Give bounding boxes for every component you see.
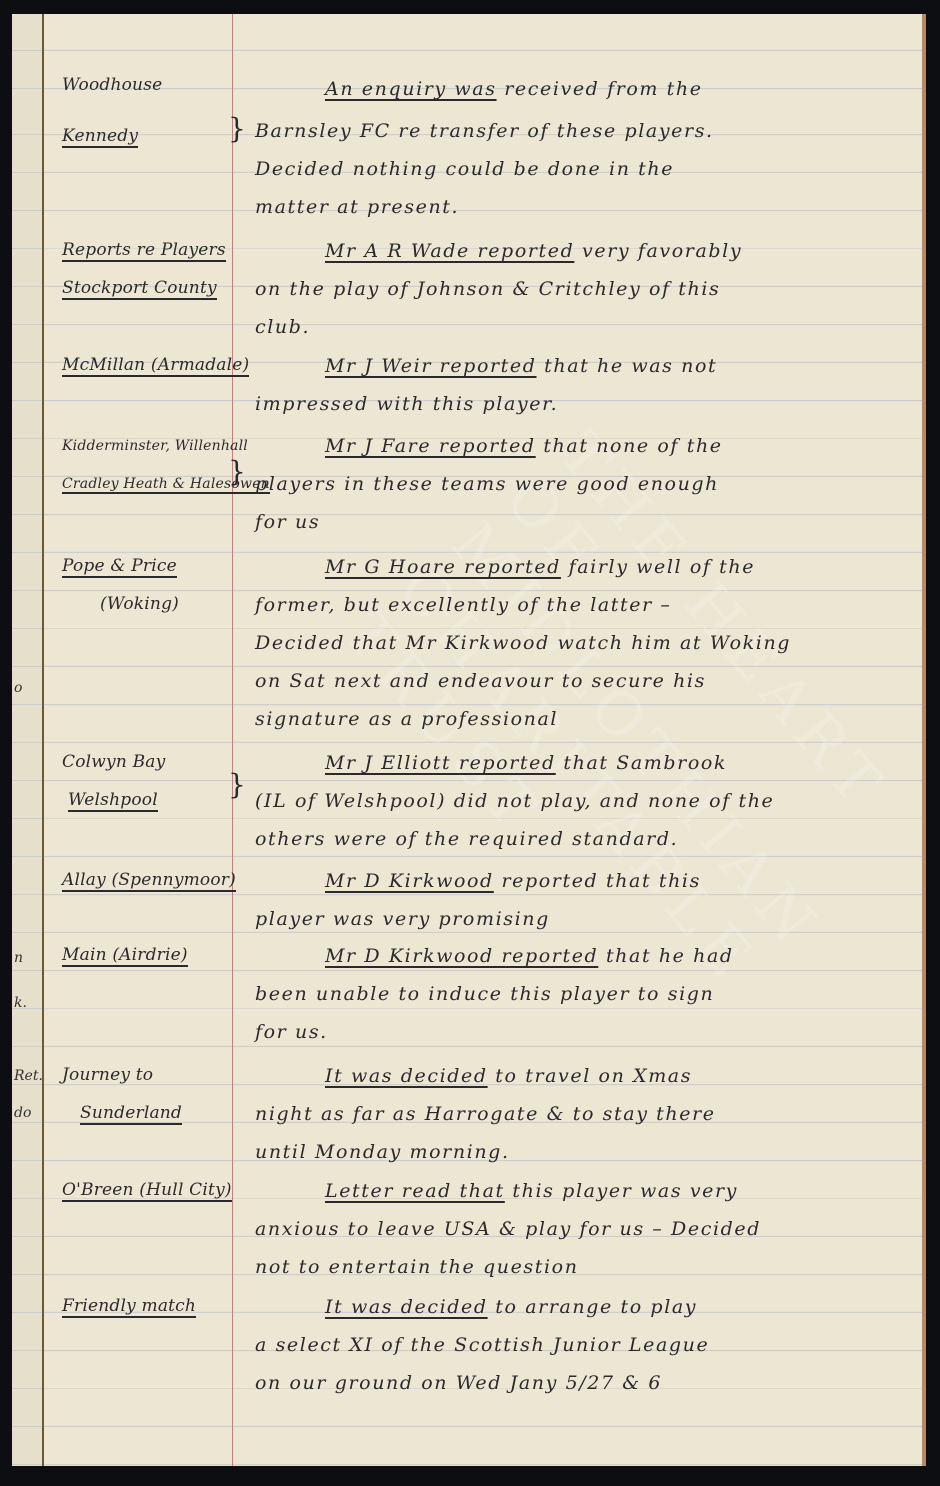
minute-line: matter at present.: [255, 196, 459, 218]
entry-heading: Kidderminster, Willenhall: [62, 438, 248, 454]
minute-line: former, but excellently of the latter –: [255, 594, 672, 616]
minute-line: It was decided to travel on Xmas: [325, 1065, 692, 1087]
minute-line: Decided nothing could be done in the: [255, 158, 674, 180]
strip-mark: k.: [14, 995, 27, 1011]
minute-line: player was very promising: [255, 908, 550, 930]
minute-line: been unable to induce this player to sig…: [255, 983, 714, 1005]
minute-line: anxious to leave USA & play for us – Dec…: [255, 1218, 761, 1240]
strip-mark: o: [14, 680, 22, 696]
minute-line: on the play of Johnson & Critchley of th…: [255, 278, 720, 300]
entry-heading: Sunderland: [80, 1103, 182, 1125]
minute-line: signature as a professional: [255, 708, 558, 730]
minute-line: (IL of Welshpool) did not play, and none…: [255, 790, 774, 812]
entry-heading: Welshpool: [68, 790, 158, 812]
minute-line: others were of the required standard.: [255, 828, 678, 850]
minute-line: Mr J Elliott reported that Sambrook: [325, 752, 727, 774]
minute-line: for us.: [255, 1021, 328, 1043]
minute-line: Mr D Kirkwood reported that he had: [325, 945, 734, 967]
entry-heading: Main (Airdrie): [62, 945, 188, 967]
minute-line: Decided that Mr Kirkwood watch him at Wo…: [255, 632, 791, 654]
minute-line: Mr J Fare reported that none of the: [325, 435, 723, 457]
minute-line: players in these teams were good enough: [255, 473, 719, 495]
entry-heading: Woodhouse: [62, 75, 162, 95]
entry-heading: Pope & Price: [62, 556, 177, 578]
brace-mark: }: [228, 112, 246, 145]
entry-heading: O'Breen (Hull City): [62, 1180, 232, 1202]
brace-mark: }: [228, 768, 246, 801]
entry-heading: McMillan (Armadale): [62, 355, 249, 377]
minute-line: Mr G Hoare reported fairly well of the: [325, 556, 755, 578]
entry-heading: Reports re Players: [62, 240, 226, 262]
minute-line: on our ground on Wed Jany 5/27 & 6: [255, 1372, 662, 1394]
minute-line: Barnsley FC re transfer of these players…: [255, 120, 714, 142]
minute-line: a select XI of the Scottish Junior Leagu…: [255, 1334, 709, 1356]
strip-mark: Ret.: [14, 1068, 43, 1084]
brace-mark: }: [228, 455, 246, 488]
red-margin-line: [232, 14, 233, 1466]
minute-line: Mr A R Wade reported very favorably: [325, 240, 742, 262]
minute-line: Mr J Weir reported that he was not: [325, 355, 717, 377]
strip-mark: n: [14, 950, 23, 966]
strip-mark: do: [14, 1105, 31, 1121]
minute-line: night as far as Harrogate & to stay ther…: [255, 1103, 716, 1125]
minute-line: An enquiry was received from the: [325, 78, 703, 100]
notebook-page: [12, 14, 925, 1466]
entry-heading: Friendly match: [62, 1296, 196, 1318]
facing-page-edge: [12, 14, 44, 1466]
minute-line: Mr D Kirkwood reported that this: [325, 870, 701, 892]
entry-heading: Stockport County: [62, 278, 217, 300]
minute-line: on Sat next and endeavour to secure his: [255, 670, 706, 692]
entry-heading: Journey to: [62, 1065, 153, 1085]
entry-heading: Kennedy: [62, 126, 138, 148]
minute-line: Letter read that this player was very: [325, 1180, 738, 1202]
entry-heading: (Woking): [100, 594, 179, 614]
minute-line: for us: [255, 511, 320, 533]
minute-line: club.: [255, 316, 310, 338]
entry-heading: Allay (Spennymoor): [62, 870, 236, 892]
minute-line: It was decided to arrange to play: [325, 1296, 697, 1318]
minute-line: not to entertain the question: [255, 1256, 579, 1278]
entry-heading: Colwyn Bay: [62, 752, 165, 772]
minute-line: impressed with this player.: [255, 393, 558, 415]
minute-line: until Monday morning.: [255, 1141, 510, 1163]
page-edge-right: [922, 14, 926, 1466]
